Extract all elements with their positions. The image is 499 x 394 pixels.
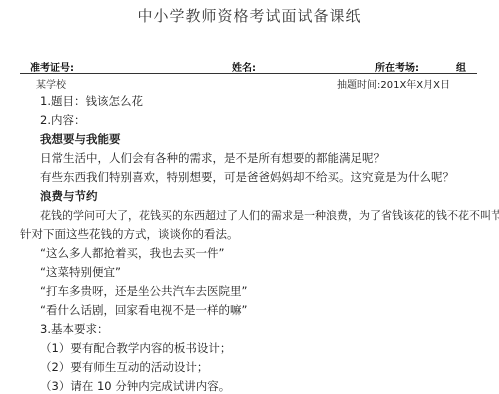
venue-label: 所在考场: [375,59,419,74]
school-name: 某学校 [36,76,66,91]
section2-heading: 浪费与节约 [40,188,98,204]
requirement-1: （1）要有配合教学内容的板书设计； [40,340,231,356]
topic-line: 1.题目：钱该怎么花 [40,93,143,109]
content-heading: 2.内容： [40,112,85,128]
section2-paragraph-line2: 针对下面这些花钱的方式，谈谈你的看法。 [20,226,239,242]
section2-paragraph-line1: 花钱的学问可大了，花钱买的东西超过了人们的需求是一种浪费，为了省钱该花的钱不花不… [40,207,499,223]
quote-3: “打车多贵呀，还是坐公共汽车去医院里” [40,283,247,299]
requirement-2: （2）要有师生互动的活动设计； [40,359,208,375]
quote-4: “看什么话剧，回家看电视不是一样的嘛” [40,302,247,318]
name-label: 姓名: [232,59,256,74]
section1-paragraph-2: 有些东西我们特别喜欢，特别想要，可是爸爸妈妈却不给买。这究竟是为什么呢？ [40,169,454,185]
header-divider [20,73,477,74]
requirements-heading: 3.基本要求： [40,321,108,337]
exam-id-label: 准考证号: [30,59,74,74]
section1-heading: 我想要与我能要 [40,131,121,147]
requirement-3: （3）请在 10 分钟内完成试讲内容。 [40,378,230,394]
draw-time: 抽题时间:201X年X月X日 [337,76,450,91]
document-title: 中小学教师资格考试面试备课纸 [0,5,499,26]
group-label: 组 [456,59,466,74]
quote-2: “这菜特别便宜” [40,264,121,280]
quote-1: “这么多人都抢着买，我也去买一件” [40,245,224,261]
section1-paragraph-1: 日常生活中，人们会有各种的需求，是不是所有想要的都能满足呢？ [40,150,385,166]
